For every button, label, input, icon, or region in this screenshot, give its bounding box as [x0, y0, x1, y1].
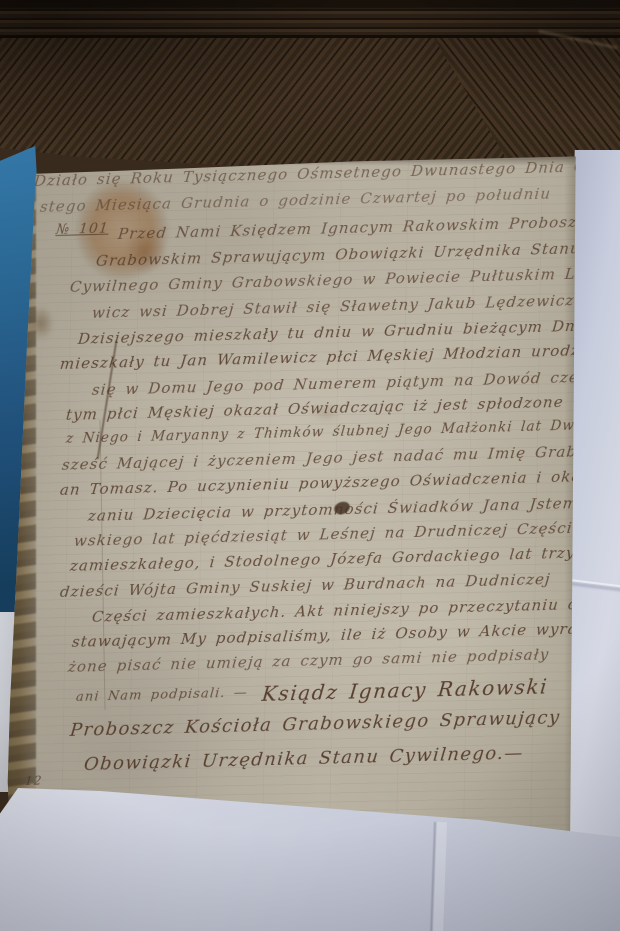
wood-shading — [0, 0, 620, 172]
wood-table-background — [0, 0, 620, 172]
corner-mark: 12 — [24, 774, 43, 788]
manuscript-page: № 101 Działo się Roku Tysiącznego Ośmset… — [6, 150, 582, 868]
photo-scene: № 101 Działo się Roku Tysiącznego Ośmset… — [0, 0, 620, 931]
edge-stain — [24, 300, 58, 346]
margin-number: № 101 — [55, 221, 109, 238]
